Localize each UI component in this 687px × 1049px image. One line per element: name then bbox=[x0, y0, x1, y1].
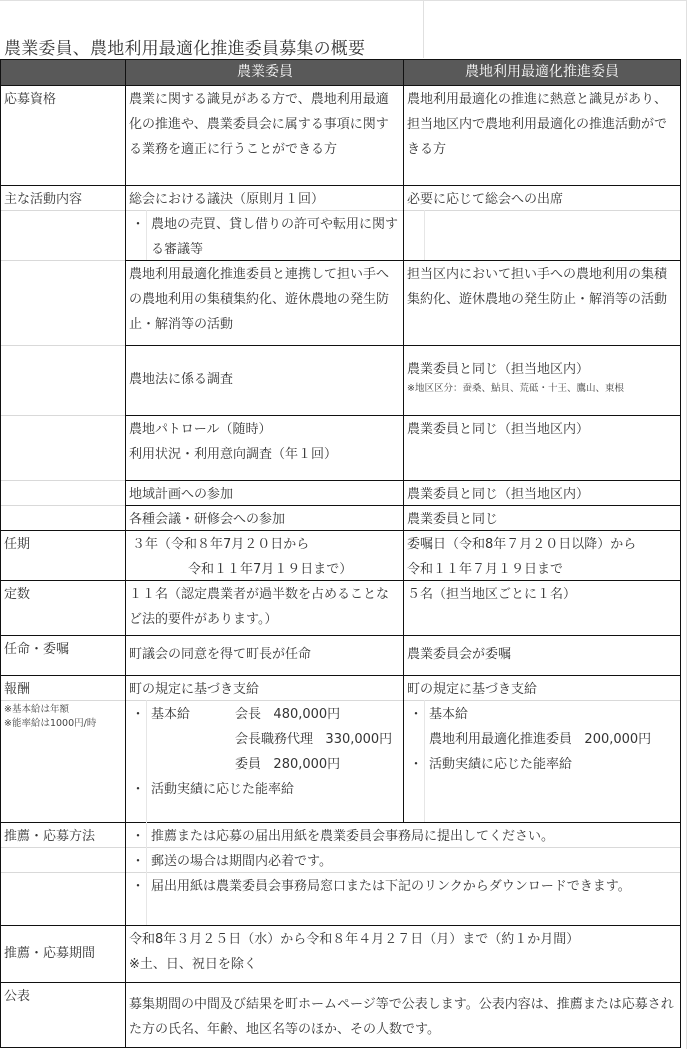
compensation-notes: ※基本給は年額 ※能率給は1000円/時 bbox=[0, 700, 126, 823]
row-label-empty bbox=[0, 505, 126, 531]
gridline bbox=[423, 0, 424, 58]
gridline bbox=[0, 0, 687, 1]
term-promo: 委嘱日（令和8年７月２０日以降）から 令和１１年７月１９日まで bbox=[403, 530, 681, 581]
bullet: ・ bbox=[129, 212, 147, 261]
row-label-activities: 主な活動内容 bbox=[0, 185, 126, 211]
quota-agri: １１名（認定農業者が過半数を占めることなど法的要件があります。） bbox=[125, 580, 404, 636]
activity-regional-plan-promo: 農業委員と同じ（担当地区内） bbox=[403, 480, 681, 506]
merit-pay-agri: 活動実績に応じた能率給 bbox=[147, 777, 294, 802]
header-col-label bbox=[0, 59, 126, 86]
activity-patrol-line2: 利用状況・利用意向調査（年１回） bbox=[129, 442, 401, 467]
method-item-text: 推薦または応募の届出用紙を農業委員会事務局に提出してください。 bbox=[147, 824, 554, 848]
row-label-empty bbox=[0, 415, 126, 481]
appointment-agri: 町議会の同意を得て町長が任命 bbox=[125, 635, 404, 676]
activity-land-deliberation-promo bbox=[403, 210, 681, 261]
activity-regional-plan: 地域計画への参加 bbox=[125, 480, 404, 506]
bullet: ・ bbox=[129, 874, 147, 899]
term-promo-line2: 令和１１年７月１９日まで bbox=[407, 557, 677, 581]
period-dates: 令和8年３月２５日（水）から令和８年４月２７日（月）まで（約１か月間） bbox=[129, 927, 677, 952]
bullet: ・ bbox=[129, 849, 147, 873]
base-pay-promo: 農地利用最適化推進委員 200,000円 bbox=[407, 727, 677, 752]
activity-land-deliberation-text: 農地の売買、貸し借りの許可や転用に関する審議等 bbox=[147, 212, 401, 261]
term-agri-line1: ３年（令和８年7月２０日から bbox=[132, 532, 401, 557]
publication-content: 募集期間の中間及び結果を町ホームページ等で公表します。公表内容は、推薦または応募… bbox=[125, 982, 681, 1048]
activity-meetings-promo: 農業委員と同じ bbox=[403, 505, 681, 531]
activity-farmland-law-survey: 農地法に係る調査 bbox=[125, 345, 404, 416]
activity-consolidation: 農地利用最適化推進委員と連携して担い手への農地利用の集積集約化、遊休農地の発生防… bbox=[125, 260, 404, 346]
row-label-empty bbox=[0, 847, 126, 873]
base-pay-deputy: 会長職務代理 330,000円 bbox=[235, 727, 392, 752]
row-label-publication: 公表 bbox=[0, 982, 126, 1048]
term-agri-line2: 令和１１年7月１９日まで） bbox=[132, 557, 401, 581]
district-note: ※地区区分：蚕桑、鮎貝、荒砥・十王、鷹山、東根 bbox=[407, 382, 677, 396]
row-label-empty bbox=[0, 210, 126, 261]
row-label-quota: 定数 bbox=[0, 580, 126, 636]
bullet: ・ bbox=[129, 702, 147, 777]
method-item-text: 郵送の場合は期間内必着です。 bbox=[147, 849, 332, 873]
method-item-download: ・届出用紙は農業委員会事務局窓口または下記のリンクからダウンロードできます。 bbox=[125, 872, 681, 926]
bullet: ・ bbox=[129, 824, 147, 848]
header-col-agricultural-committee: 農業委員 bbox=[125, 59, 404, 86]
row-label-empty bbox=[0, 260, 126, 346]
qualification-promo: 農地利用最適化の推進に熱意と識見があり、担当地区内で農地利用最適化の推進活動がで… bbox=[403, 85, 681, 186]
activity-patrol-promo: 農業委員と同じ（担当地区内） bbox=[403, 415, 681, 481]
bullet: ・ bbox=[407, 752, 425, 777]
activity-farmland-law-survey-promo: 農業委員と同じ（担当地区内） ※地区区分：蚕桑、鮎貝、荒砥・十王、鷹山、東根 bbox=[403, 345, 681, 416]
activity-meetings: 各種会議・研修会への参加 bbox=[125, 505, 404, 531]
qualification-agri: 農業に関する識見がある方で、農地利用最適化の推進や、農業委員会に属する事項に関す… bbox=[125, 85, 404, 186]
row-label-qualification: 応募資格 bbox=[0, 85, 126, 186]
term-agri: ３年（令和８年7月２０日から 令和１１年7月１９日まで） bbox=[125, 530, 404, 581]
bullet: ・ bbox=[129, 777, 147, 802]
row-label-term: 任期 bbox=[0, 530, 126, 581]
compensation-note-merit: ※能率給は1000円/時 bbox=[4, 717, 123, 731]
activity-consolidation-promo: 担当区内において担い手への農地利用の集積集約化、遊休農地の発生防止・解消等の活動 bbox=[403, 260, 681, 346]
term-promo-line1: 委嘱日（令和8年７月２０日以降）から bbox=[407, 532, 677, 557]
activity-general-meeting: 総会における議決（原則月１回） bbox=[125, 185, 404, 211]
base-pay-member: 委員 280,000円 bbox=[235, 752, 392, 777]
quota-promo: ５名（担当地区ごとに１名） bbox=[403, 580, 681, 636]
row-label-compensation: 報酬 bbox=[0, 675, 126, 701]
row-label-empty bbox=[0, 872, 126, 926]
compensation-promo-heading: 町の規定に基づき支給 bbox=[403, 675, 681, 701]
row-label-period: 推薦・応募期間 bbox=[0, 925, 126, 983]
appointment-promo: 農業委員会が委嘱 bbox=[403, 635, 681, 676]
method-item-text: 届出用紙は農業委員会事務局窓口または下記のリンクからダウンロードできます。 bbox=[147, 874, 631, 899]
method-item-submit: ・推薦または応募の届出用紙を農業委員会事務局に提出してください。 bbox=[125, 822, 681, 848]
period-content: 令和8年３月２５日（水）から令和８年４月２７日（月）まで（約１か月間） ※土、日… bbox=[125, 925, 681, 983]
activity-general-meeting-promo: 必要に応じて総会への出席 bbox=[403, 185, 681, 211]
activity-patrol: 農地パトロール（随時） 利用状況・利用意向調査（年１回） bbox=[125, 415, 404, 481]
base-pay-chair: 会長 480,000円 bbox=[235, 702, 392, 727]
header-col-promotion-committee: 農地利用最適化推進委員 bbox=[403, 59, 681, 86]
row-label-empty bbox=[0, 345, 126, 416]
row-label-empty bbox=[0, 480, 126, 506]
page-title: 農業委員、農地利用最適化推進委員募集の概要 bbox=[4, 34, 365, 59]
compensation-agri-heading: 町の規定に基づき支給 bbox=[125, 675, 404, 701]
row-label-method: 推薦・応募方法 bbox=[0, 822, 126, 848]
row-label-appointment: 任命・委嘱 bbox=[0, 635, 126, 676]
merit-pay-promo: 活動実績に応じた能率給 bbox=[425, 752, 572, 777]
compensation-agri: ・ 基本給 会長 480,000円 会長職務代理 330,000円 委員 280… bbox=[125, 700, 404, 823]
method-item-mail: ・郵送の場合は期間内必着です。 bbox=[125, 847, 681, 873]
activity-land-deliberation: ・農地の売買、貸し借りの許可や転用に関する審議等 bbox=[125, 210, 404, 261]
compensation-note-base: ※基本給は年額 bbox=[4, 703, 123, 717]
bullet: ・ bbox=[407, 702, 425, 727]
period-note: ※土、日、祝日を除く bbox=[129, 952, 677, 977]
base-pay-label-promo: 基本給 bbox=[425, 702, 468, 727]
activity-patrol-line1: 農地パトロール（随時） bbox=[129, 417, 401, 442]
base-pay-label: 基本給 bbox=[151, 702, 235, 727]
activity-farmland-law-survey-promo-text: 農業委員と同じ（担当地区内） bbox=[407, 357, 677, 382]
compensation-promo: ・ 基本給 農地利用最適化推進委員 200,000円 ・ 活動実績に応じた能率給 bbox=[403, 700, 681, 823]
